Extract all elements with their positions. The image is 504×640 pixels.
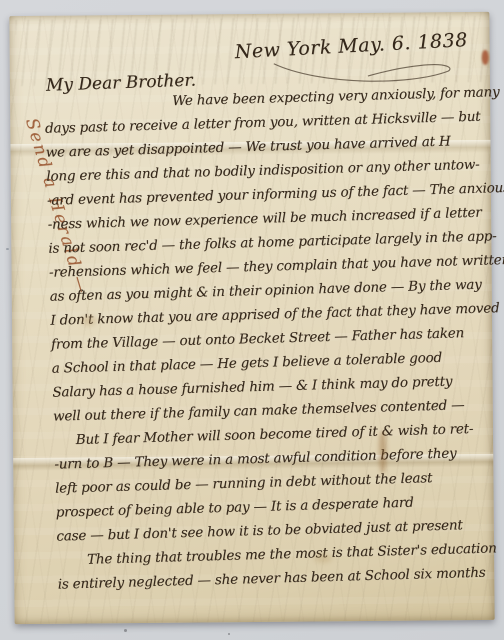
age-spot-right-edge	[482, 50, 489, 65]
photo-background: Send a Herald — New York May. 6. 1838 My…	[0, 0, 504, 640]
letter-body: We have been expecting very anxiously, f…	[44, 81, 494, 597]
letter-page: Send a Herald — New York May. 6. 1838 My…	[9, 12, 494, 624]
background-speck	[124, 629, 127, 632]
background-speck	[6, 248, 9, 250]
background-speck	[228, 633, 230, 635]
